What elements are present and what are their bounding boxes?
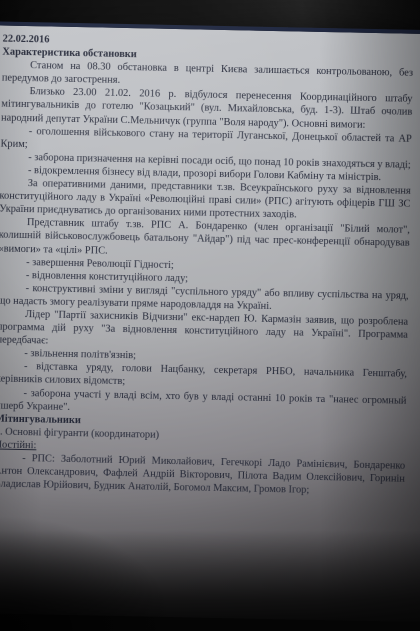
document-page: 22.02.2016 Характеристика обстановки Ста…	[0, 21, 420, 622]
names-list: - РПС: Заболотний Юрий Миколайович, Геге…	[0, 451, 405, 499]
document-content: 22.02.2016 Характеристика обстановки Ста…	[0, 25, 420, 499]
document-photo: 22.02.2016 Характеристика обстановки Ста…	[0, 0, 420, 631]
